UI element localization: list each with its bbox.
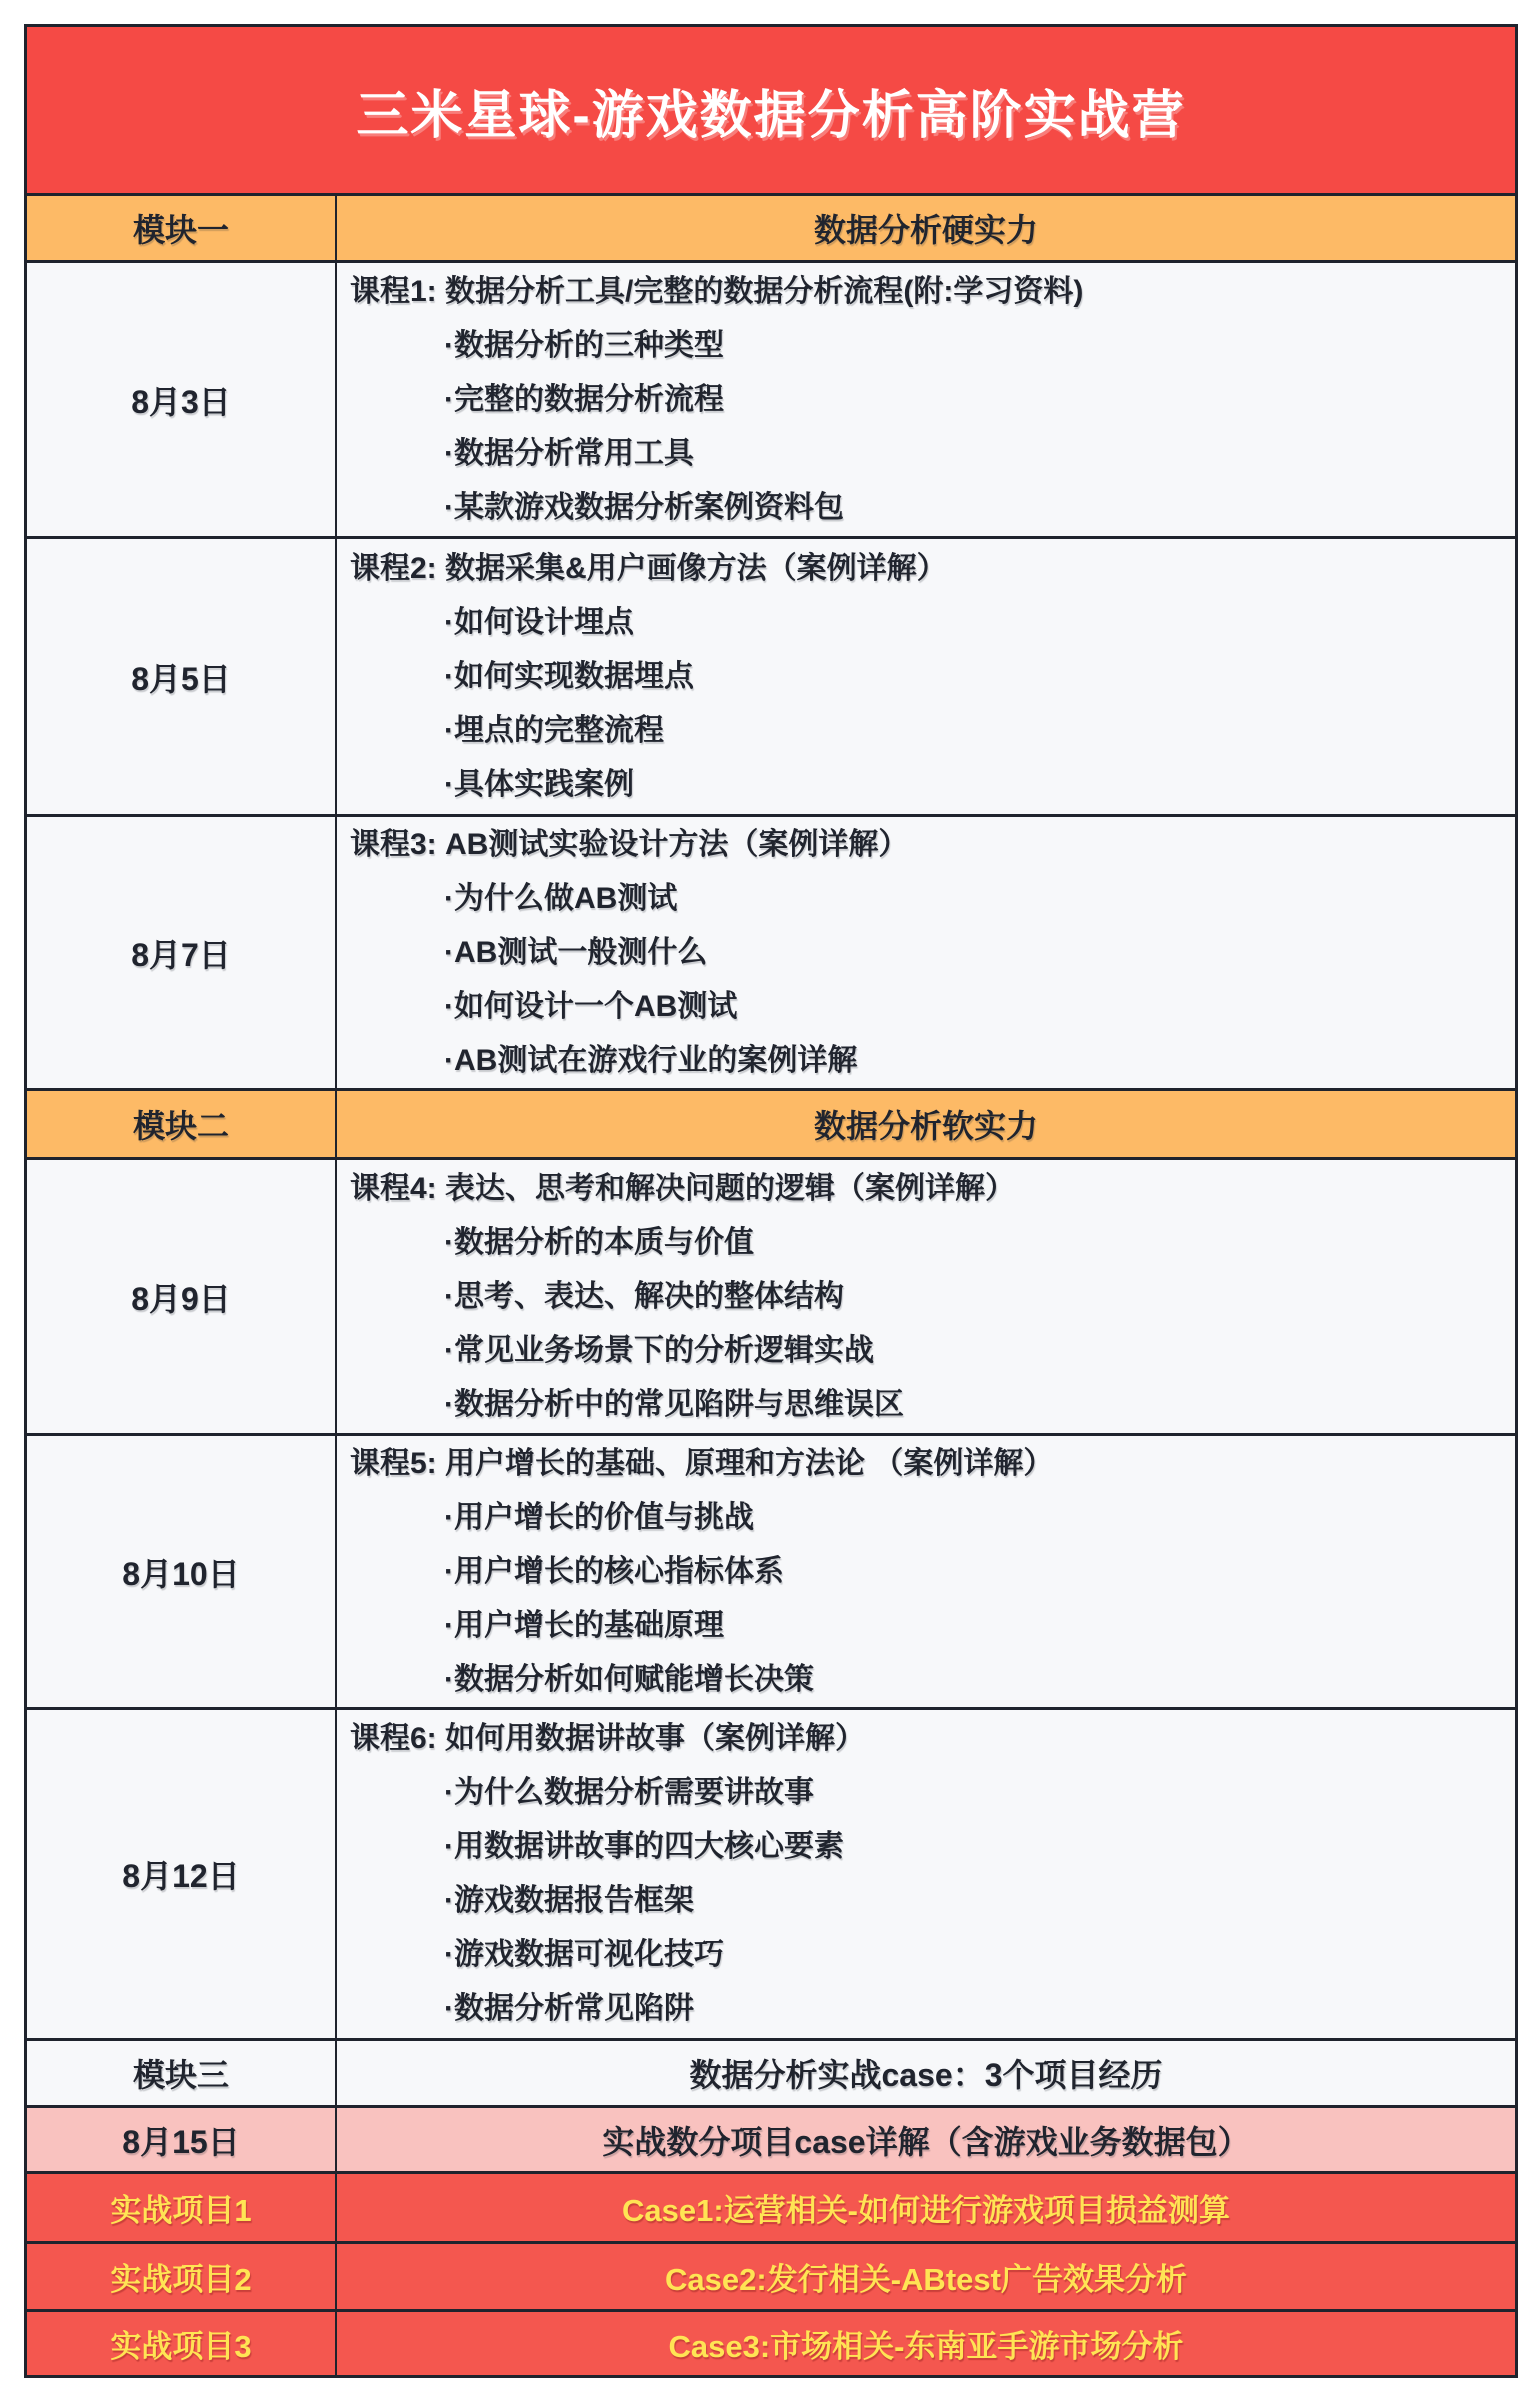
case-1-title: Case1:运营相关-如何进行游戏项目损益测算 [337, 2174, 1515, 2241]
course-row-aug9: 8月9日 课程4: 表达、思考和解决问题的逻辑（案例详解） ·数据分析的本质与价… [27, 1160, 1515, 1436]
case-3-label: 实战项目3 [27, 2312, 337, 2375]
date-cell: 8月12日 [27, 1710, 337, 2038]
bullet-item: ·完整的数据分析流程 [350, 373, 724, 427]
date-cell: 8月15日 [27, 2108, 337, 2171]
date-cell: 8月9日 [27, 1160, 337, 1433]
page-title: 三米星球-游戏数据分析高阶实战营 [356, 73, 1185, 148]
course-title: 课程2: 数据采集&用户画像方法（案例详解） [350, 542, 947, 596]
bullet-item: ·如何实现数据埋点 [350, 650, 694, 704]
module-3-label: 模块三 [27, 2041, 337, 2105]
bullet-item: ·如何设计埋点 [350, 596, 634, 650]
bullet-item: ·数据分析如何赋能增长决策 [350, 1653, 814, 1707]
bullet-item: ·游戏数据可视化技巧 [350, 1928, 724, 1982]
case-row-3: 实战项目3 Case3:市场相关-东南亚手游市场分析 [27, 2312, 1515, 2375]
bullet-item: ·数据分析常见陷阱 [350, 1982, 694, 2036]
bullet-item: ·具体实践案例 [350, 758, 634, 812]
module-1-label: 模块一 [27, 196, 337, 260]
module-1-title: 数据分析硬实力 [337, 196, 1515, 260]
bullet-item: ·如何设计一个AB测试 [350, 980, 737, 1034]
course-row-aug5: 8月5日 课程2: 数据采集&用户画像方法（案例详解） ·如何设计埋点 ·如何实… [27, 539, 1515, 817]
bullet-item: ·用数据讲故事的四大核心要素 [350, 1820, 844, 1874]
aug15-description: 实战数分项目case详解（含游戏业务数据包） [337, 2108, 1515, 2171]
course-cell: 课程4: 表达、思考和解决问题的逻辑（案例详解） ·数据分析的本质与价值 ·思考… [337, 1160, 1515, 1433]
module-2-title: 数据分析软实力 [337, 1091, 1515, 1157]
module-3-title: 数据分析实战case：3个项目经历 [337, 2041, 1515, 2105]
course-row-aug3: 8月3日 课程1: 数据分析工具/完整的数据分析流程(附:学习资料) ·数据分析… [27, 263, 1515, 539]
bullet-item: ·数据分析常用工具 [350, 427, 694, 481]
bullet-item: ·数据分析的本质与价值 [350, 1216, 754, 1270]
bullet-item: ·数据分析中的常见陷阱与思维误区 [350, 1378, 904, 1432]
course-title: 课程1: 数据分析工具/完整的数据分析流程(附:学习资料) [350, 265, 1083, 319]
date-cell: 8月5日 [27, 539, 337, 814]
course-row-aug10: 8月10日 课程5: 用户增长的基础、原理和方法论 （案例详解） ·用户增长的价… [27, 1436, 1515, 1710]
bullet-item: ·游戏数据报告框架 [350, 1874, 694, 1928]
case-row-1: 实战项目1 Case1:运营相关-如何进行游戏项目损益测算 [27, 2174, 1515, 2244]
case-1-label: 实战项目1 [27, 2174, 337, 2241]
course-title: 课程6: 如何用数据讲故事（案例详解） [350, 1712, 865, 1766]
bullet-item: ·AB测试在游戏行业的案例详解 [350, 1034, 857, 1088]
bullet-item: ·为什么数据分析需要讲故事 [350, 1766, 814, 1820]
bullet-item: ·AB测试一般测什么 [350, 926, 707, 980]
course-title: 课程4: 表达、思考和解决问题的逻辑（案例详解） [350, 1162, 1015, 1216]
course-schedule-table: 三米星球-游戏数据分析高阶实战营 模块一 数据分析硬实力 8月3日 课程1: 数… [24, 24, 1518, 2378]
course-title: 课程3: AB测试实验设计方法（案例详解） [350, 818, 908, 872]
course-row-aug12: 8月12日 课程6: 如何用数据讲故事（案例详解） ·为什么数据分析需要讲故事 … [27, 1710, 1515, 2041]
bullet-item: ·数据分析的三种类型 [350, 319, 724, 373]
bullet-item: ·某款游戏数据分析案例资料包 [350, 481, 844, 535]
course-cell: 课程2: 数据采集&用户画像方法（案例详解） ·如何设计埋点 ·如何实现数据埋点… [337, 539, 1515, 814]
course-cell: 课程5: 用户增长的基础、原理和方法论 （案例详解） ·用户增长的价值与挑战 ·… [337, 1436, 1515, 1707]
course-row-aug7: 8月7日 课程3: AB测试实验设计方法（案例详解） ·为什么做AB测试 ·AB… [27, 817, 1515, 1091]
aug15-highlight-row: 8月15日 实战数分项目case详解（含游戏业务数据包） [27, 2108, 1515, 2174]
bullet-item: ·为什么做AB测试 [350, 872, 677, 926]
title-banner: 三米星球-游戏数据分析高阶实战营 [27, 27, 1515, 196]
case-2-title: Case2:发行相关-ABtest广告效果分析 [337, 2244, 1515, 2309]
module-2-header-row: 模块二 数据分析软实力 [27, 1091, 1515, 1160]
bullet-item: ·用户增长的核心指标体系 [350, 1545, 784, 1599]
date-cell: 8月7日 [27, 817, 337, 1088]
bullet-item: ·常见业务场景下的分析逻辑实战 [350, 1324, 874, 1378]
course-cell: 课程3: AB测试实验设计方法（案例详解） ·为什么做AB测试 ·AB测试一般测… [337, 817, 1515, 1088]
date-cell: 8月10日 [27, 1436, 337, 1707]
module-2-label: 模块二 [27, 1091, 337, 1157]
date-cell: 8月3日 [27, 263, 337, 536]
bullet-item: ·用户增长的基础原理 [350, 1599, 724, 1653]
module-3-header-row: 模块三 数据分析实战case：3个项目经历 [27, 2041, 1515, 2108]
bullet-item: ·埋点的完整流程 [350, 704, 664, 758]
case-row-2: 实战项目2 Case2:发行相关-ABtest广告效果分析 [27, 2244, 1515, 2312]
bullet-item: ·用户增长的价值与挑战 [350, 1491, 754, 1545]
case-2-label: 实战项目2 [27, 2244, 337, 2309]
course-cell: 课程1: 数据分析工具/完整的数据分析流程(附:学习资料) ·数据分析的三种类型… [337, 263, 1515, 536]
course-title: 课程5: 用户增长的基础、原理和方法论 （案例详解） [350, 1437, 1053, 1491]
bullet-item: ·思考、表达、解决的整体结构 [350, 1270, 844, 1324]
case-3-title: Case3:市场相关-东南亚手游市场分析 [337, 2312, 1515, 2375]
course-cell: 课程6: 如何用数据讲故事（案例详解） ·为什么数据分析需要讲故事 ·用数据讲故… [337, 1710, 1515, 2038]
module-1-header-row: 模块一 数据分析硬实力 [27, 196, 1515, 263]
